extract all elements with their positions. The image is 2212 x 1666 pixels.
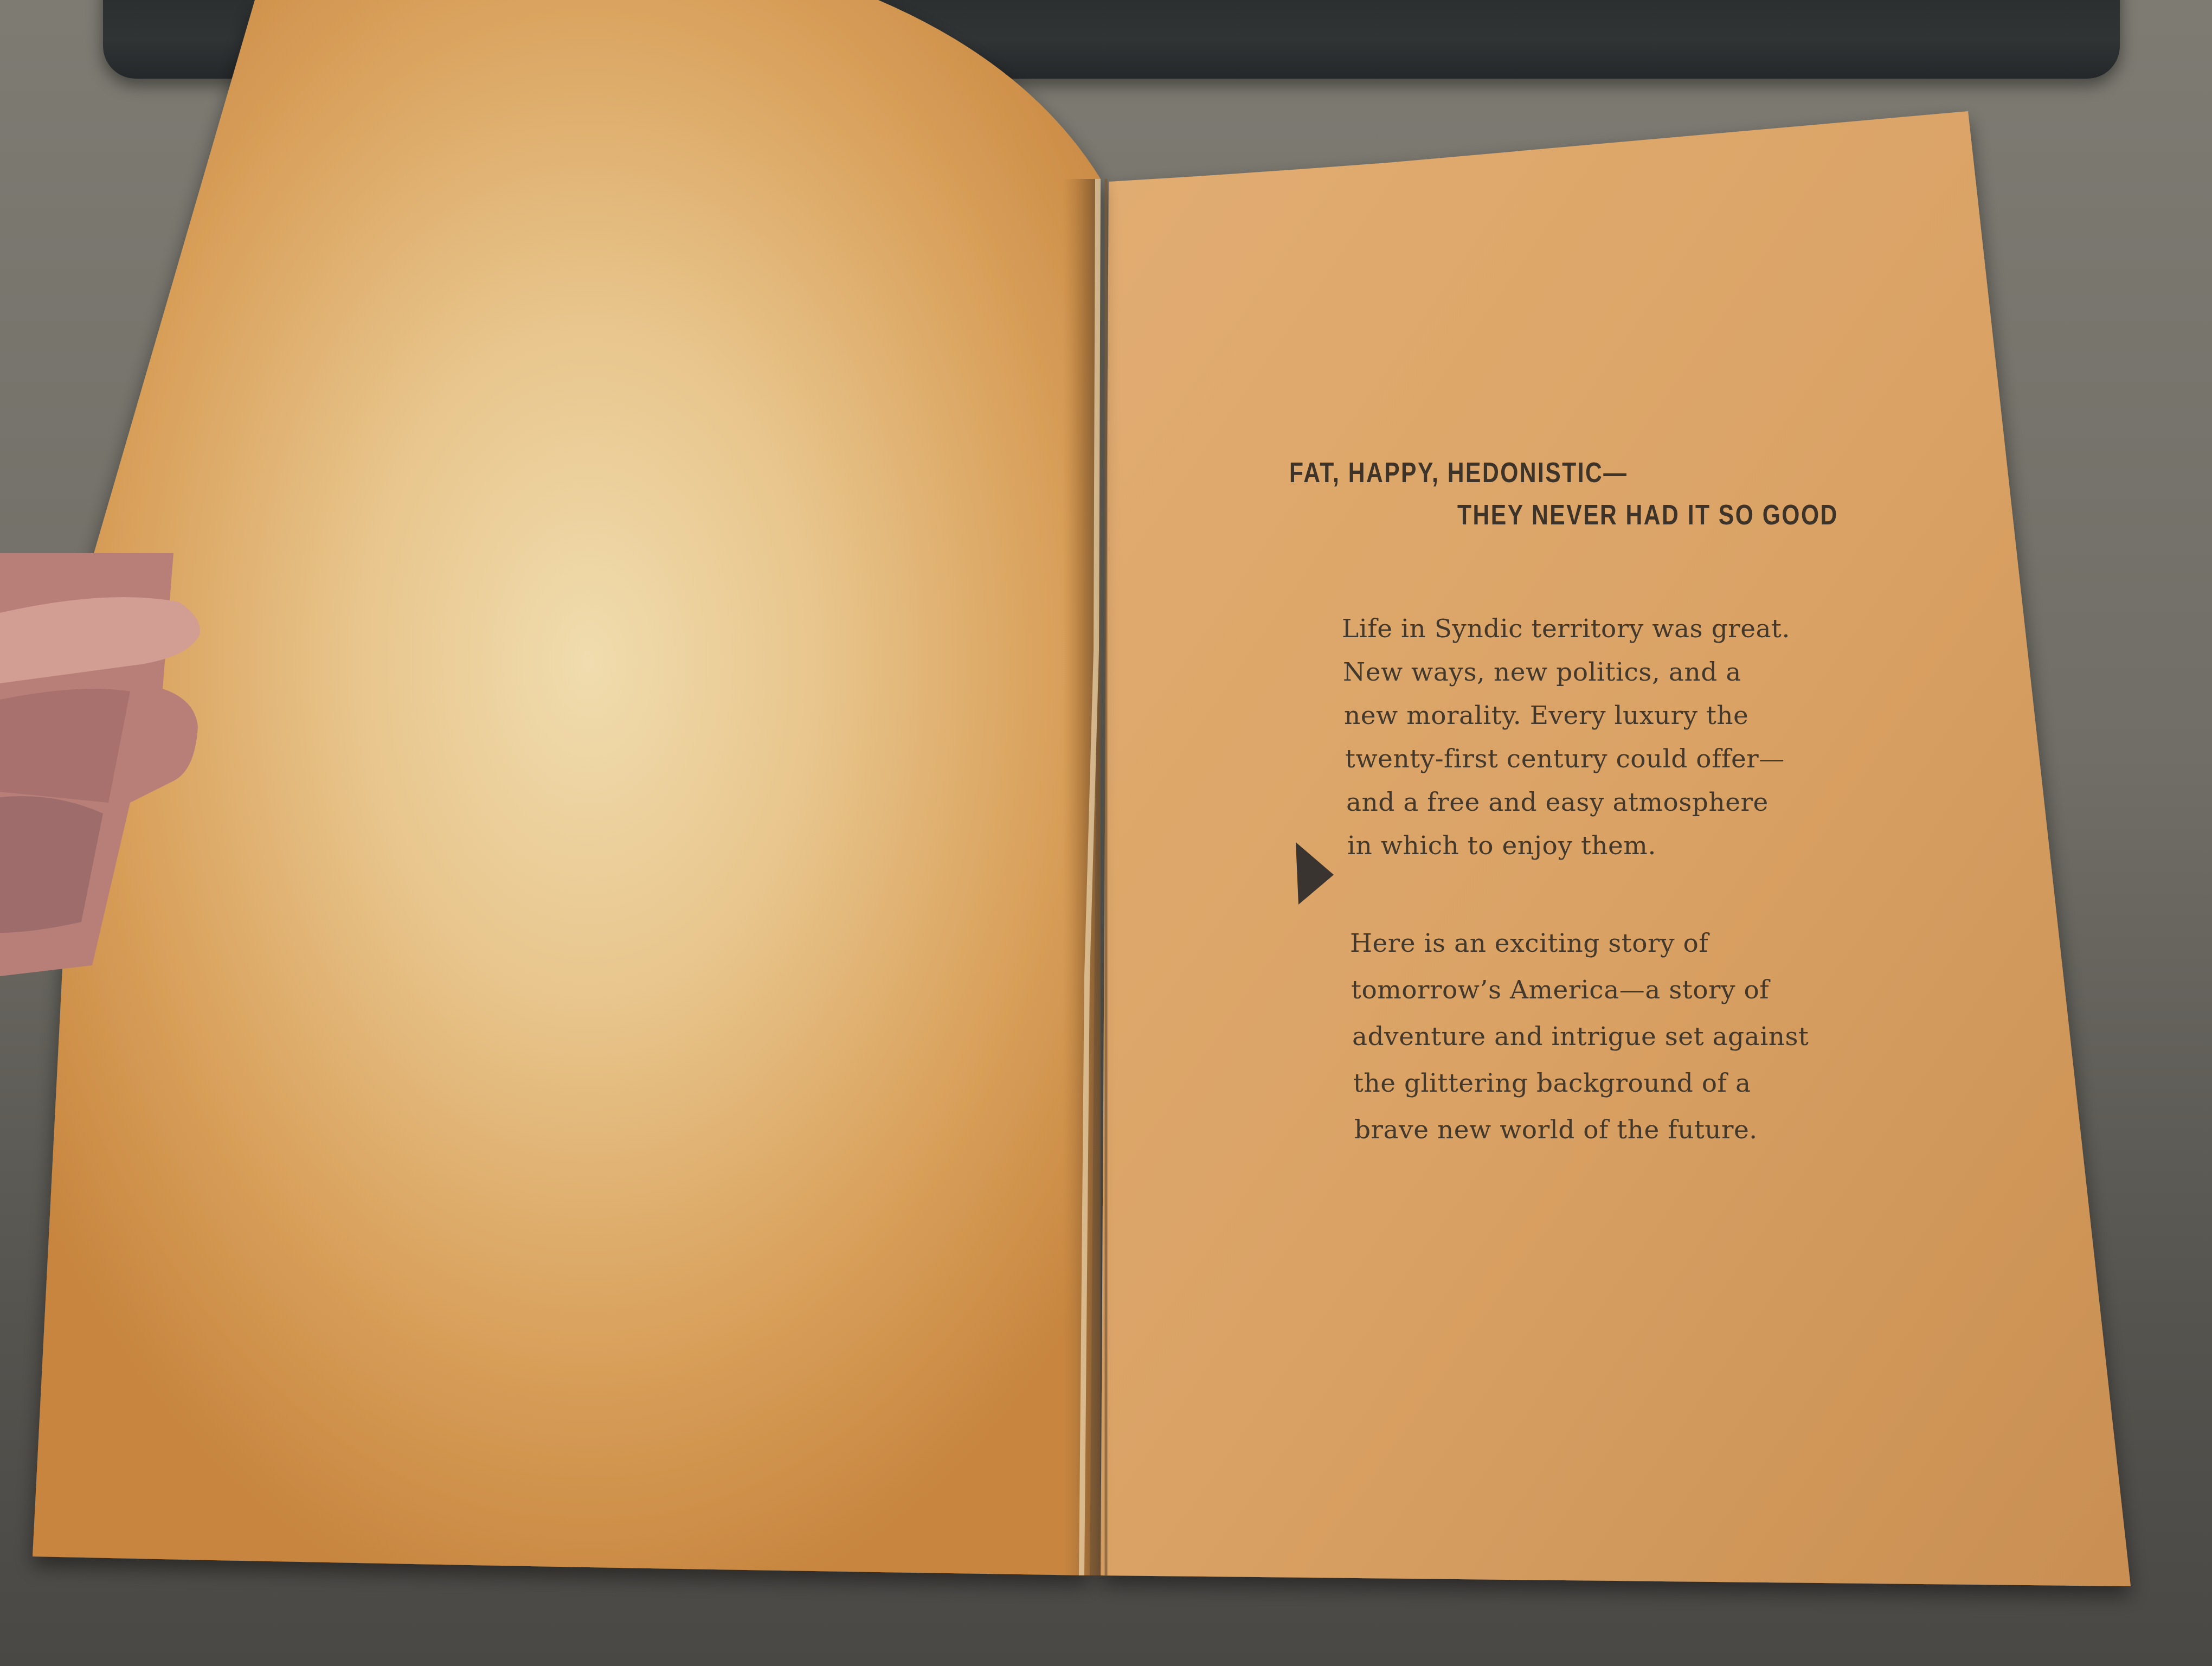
paragraph1-line: and a free and easy atmosphere <box>1346 787 1769 817</box>
paragraph1-line: twenty-first century could offer— <box>1345 744 1785 774</box>
triangle-ornament-icon <box>1293 840 1336 907</box>
paragraph2-line: the glittering background of a <box>1353 1068 1751 1098</box>
hand-holding-book <box>0 542 228 1247</box>
open-book <box>0 0 2212 1666</box>
paragraph1-line: in which to enjoy them. <box>1347 831 1656 861</box>
paragraph1-line: new morality. Every luxury the <box>1344 701 1748 731</box>
paragraph2-line: Here is an exciting story of <box>1350 928 1708 958</box>
header-line-2: THEY NEVER HAD IT SO GOOD <box>1457 499 1838 531</box>
paragraph2-line: adventure and intrigue set against <box>1352 1022 1809 1052</box>
paragraph2-line: tomorrow’s America—a story of <box>1351 975 1769 1005</box>
paragraph1-line: Life in Syndic territory was great. <box>1342 614 1790 644</box>
paragraph1-line: New ways, new politics, and a <box>1343 657 1741 687</box>
header-line-1: FAT, HAPPY, HEDONISTIC— <box>1289 457 1628 489</box>
paragraph2-line: brave new world of the future. <box>1354 1115 1758 1145</box>
